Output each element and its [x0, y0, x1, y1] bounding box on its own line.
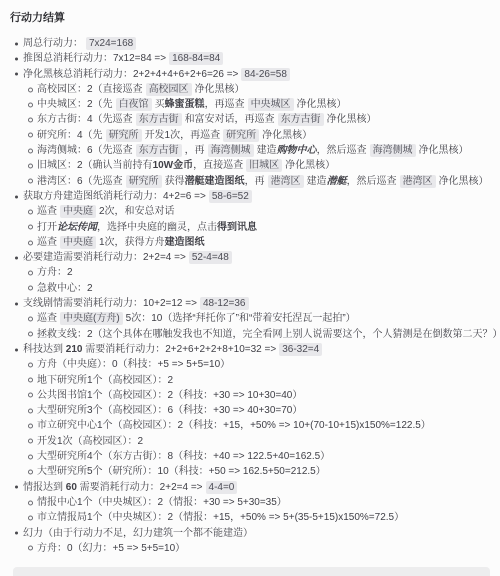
text-segment: 东方古街：4（先巡查 [37, 114, 133, 125]
list-item: 研究所：4（先研究所开发1次，再巡查研究所净化黑核） [0, 128, 500, 143]
list-item: 海湾侧城：6（先巡查东方古街，再海湾侧城建造购物中心，然后巡查海湾侧城净化黑核） [0, 143, 500, 158]
text-segment: 港湾区：6（先巡查 [37, 176, 123, 187]
text-segment: 高校园区：2（直接巡查 [37, 84, 143, 95]
bullet-circle-icon [28, 179, 33, 184]
text-segment: 潜艇建造图纸 [185, 176, 245, 187]
bullet-circle-icon [28, 148, 33, 153]
inline-code-chip: 52-4=48 [189, 251, 232, 264]
text-segment: 科技达到 [23, 344, 66, 355]
text-segment: 建造图纸 [165, 237, 205, 248]
text-segment: 支线剧情需要消耗行动力：10+2=12 => [23, 298, 197, 309]
list-item: 大型研究所4个（东方古街）：8（科技：+40 => 122.5+40=162.5… [0, 449, 500, 464]
text-segment: 方舟（中央庭）：0（科技：+5 => 5+5=10） [37, 359, 230, 370]
text-segment: 市立情报局1个（中央城区）：2（情报：+15，+50% => 5+(35-5+1… [37, 512, 404, 523]
bullet-circle-icon [28, 424, 33, 429]
bullet-circle-icon [28, 209, 33, 214]
text-segment: 大型研究所3个（高校园区）：6（科技：+30 => 40+30=70） [37, 405, 302, 416]
text-segment: 需要消耗行动力：2+2=4 => [77, 482, 203, 493]
bullet-circle-icon [28, 316, 33, 321]
text-segment: 10W金币 [153, 160, 194, 171]
list-item: 巡查中央庭1次，获得方舟建造图纸 [0, 235, 500, 250]
text-segment: 海湾侧城：6（先巡查 [37, 145, 133, 156]
bullet-circle-icon [28, 546, 33, 551]
text-segment: 得到讯息 [217, 222, 257, 233]
list-item: 幻力（由于行动力不足，幻力建筑一个都不能建造） [0, 526, 500, 541]
bullet-circle-icon [28, 240, 33, 245]
list-item: 市立情报局1个（中央城区）：2（情报：+15，+50% => 5+(35-5+1… [0, 510, 500, 525]
list-item: 科技达到 210 需要消耗行动力：2+2+6+2+2+8+10=32 =>36-… [0, 342, 500, 357]
bullet-circle-icon [28, 286, 33, 291]
inline-code-chip: 中央庭 [60, 205, 96, 218]
bullet-circle-icon [28, 225, 33, 230]
list-item: 大型研究所5个（研究所）：10（科技：+50 => 162.5+50=212.5… [0, 464, 500, 479]
bullet-disc-icon [15, 532, 18, 535]
inline-code-chip: 港湾区 [268, 175, 304, 188]
bullet-circle-icon [28, 393, 33, 398]
bullet-circle-icon [28, 362, 33, 367]
bullet-circle-icon [28, 500, 33, 505]
text-segment: 幻力（由于行动力不足，幻力建筑一个都不能建造） [23, 528, 253, 539]
text-segment: 打开 [37, 222, 57, 233]
list-item: 拯救支线：2（这个具体在哪触发我也不知道，完全看网上别人说需要这个，个人猜测是在… [0, 327, 500, 342]
partial-code-block [13, 567, 490, 576]
text-segment: 建造 [257, 145, 277, 156]
text-segment: 买 [155, 99, 165, 110]
list-item: 支线剧情需要消耗行动力：10+2=12 =>48-12=36 [0, 296, 500, 311]
list-item: 地下研究所1个（高校园区）：2 [0, 373, 500, 388]
list-item: 获取方舟建造图纸消耗行动力：4+2=6 =>58-6=52 [0, 189, 500, 204]
text-segment: 购物中心 [277, 145, 317, 156]
text-segment: 需要消耗行动力：2+2+6+2+2+8+10=32 => [82, 344, 276, 355]
inline-code-chip: 研究所 [106, 129, 142, 142]
bullet-circle-icon [28, 408, 33, 413]
text-segment: 巡查 [37, 206, 57, 217]
text-segment: ，直接巡查 [193, 160, 243, 171]
bullet-circle-icon [28, 164, 33, 169]
bullet-circle-icon [28, 271, 33, 276]
bullet-circle-icon [28, 439, 33, 444]
text-segment: 净化黑核） [439, 176, 489, 187]
list-item: 市立研究中心1个（高校园区）：2（科技：+15，+50% => 10+(70-1… [0, 418, 500, 433]
text-segment: 方舟：2 [37, 267, 73, 278]
list-item: 开发1次（高校园区）：2 [0, 434, 500, 449]
text-segment: 和富安对话，再巡查 [185, 114, 275, 125]
list-item: 公共图书馆1个（高校园区）：2（科技：+30 => 10+30=40） [0, 388, 500, 403]
inline-code-chip: 7x24=168 [86, 37, 136, 50]
text-segment: 公共图书馆1个（高校园区）：2（科技：+30 => 10+30=40） [37, 390, 302, 401]
text-segment: 情报中心1个（中央城区）：2（情报：+30 => 5+30=35） [37, 497, 287, 508]
inline-code-chip: 东方古街 [278, 113, 324, 126]
bullet-circle-icon [28, 87, 33, 92]
list-item: 方舟：0（幻力：+5 => 5+5=10） [0, 541, 500, 556]
text-segment: ，再巡查 [205, 99, 245, 110]
list-item: 大型研究所3个（高校园区）：6（科技：+30 => 40+30=70） [0, 403, 500, 418]
inline-code-chip: 58-6=52 [209, 190, 252, 203]
text-segment: 开发1次（高校园区）：2 [37, 436, 143, 447]
text-segment: 旧城区：2（确认当前持有 [37, 160, 153, 171]
bullet-disc-icon [15, 256, 18, 259]
text-segment: 60 [66, 482, 77, 493]
text-segment: 方舟：0（幻力：+5 => 5+5=10） [37, 543, 185, 554]
list-item: 必要建造需要消耗行动力：2+2=4 =>52-4=48 [0, 250, 500, 265]
text-segment: 市立研究中心1个（高校园区）：2（科技：+15，+50% => 10+(70-1… [37, 420, 431, 431]
bullet-disc-icon [15, 57, 18, 60]
list-item: 推图总消耗行动力：7x12=84 =>168-84=84 [0, 51, 500, 66]
text-segment: ，再 [185, 145, 205, 156]
text-segment: 净化黑核） [195, 84, 245, 95]
text-segment: 大型研究所5个（研究所）：10（科技：+50 => 162.5+50=212.5… [37, 466, 326, 477]
text-segment: 拯救支线：2（这个具体在哪触发我也不知道，完全看网上别人说需要这个，个人猜测是在… [37, 329, 500, 340]
list-item: 净化黑核总消耗行动力：2+2+4+4+6+2+6=26 =>84-26=58 [0, 67, 500, 82]
list-item: 情报达到 60 需要消耗行动力：2+2=4 =>4-4=0 [0, 480, 500, 495]
list-item: 旧城区：2（确认当前持有10W金币，直接巡查旧城区净化黑核） [0, 158, 500, 173]
text-segment: 中央城区：2（先 [37, 99, 113, 110]
bullet-circle-icon [28, 378, 33, 383]
text-segment: ，然后巡查 [347, 176, 397, 187]
text-segment: 论坛传闻 [57, 222, 97, 233]
text-segment: 情报达到 [23, 482, 66, 493]
text-segment: 5次：10（选择“拜托你了”和“带着安托涅瓦一起拍”） [126, 313, 356, 324]
inline-code-chip: 东方古街 [136, 144, 182, 157]
bullet-disc-icon [15, 73, 18, 76]
list-item: 高校园区：2（直接巡查高校园区净化黑核） [0, 82, 500, 97]
text-segment: 获得 [165, 176, 185, 187]
bullet-disc-icon [15, 42, 18, 45]
inline-code-chip: 36-32=4 [279, 343, 322, 356]
bullet-circle-icon [28, 469, 33, 474]
bullet-circle-icon [28, 118, 33, 123]
list-item: 打开论坛传闻，选择中央庭的幽灵，点击得到讯息 [0, 220, 500, 235]
text-segment: 必要建造需要消耗行动力：2+2=4 => [23, 252, 186, 263]
text-segment: 巡查 [37, 313, 57, 324]
text-segment: 获取方舟建造图纸消耗行动力：4+2=6 => [23, 191, 206, 202]
text-segment: 巡查 [37, 237, 57, 248]
text-segment: 急救中心：2 [37, 283, 93, 294]
bullet-disc-icon [15, 195, 18, 198]
list-item: 周总行动力：7x24=168 [0, 36, 500, 51]
notes-page: 行动力结算 周总行动力：7x24=168推图总消耗行动力：7x12=84 =>1… [0, 0, 500, 576]
text-segment: 净化黑核） [327, 114, 377, 125]
bullet-circle-icon [28, 332, 33, 337]
inline-code-chip: 84-26=58 [241, 68, 290, 81]
inline-code-chip: 海湾侧城 [370, 144, 416, 157]
text-segment: 1次，获得方舟 [99, 237, 165, 248]
inline-code-chip: 研究所 [223, 129, 259, 142]
bullet-circle-icon [28, 102, 33, 107]
inline-code-chip: 168-84=84 [169, 52, 223, 65]
list-item: 急救中心：2 [0, 281, 500, 296]
text-segment: 净化黑核） [285, 160, 335, 171]
text-segment: 2次，和安总对话 [99, 206, 175, 217]
bullet-disc-icon [15, 486, 18, 489]
list-item: 巡查中央庭2次，和安总对话 [0, 204, 500, 219]
text-segment: 净化黑核总消耗行动力：2+2+4+4+6+2+6=26 => [23, 69, 238, 80]
inline-code-chip: 中央庭 [60, 236, 96, 249]
bullet-circle-icon [28, 515, 33, 520]
bullet-disc-icon [15, 302, 18, 305]
inline-code-chip: 海湾侧城 [208, 144, 254, 157]
list-item: 方舟：2 [0, 265, 500, 280]
text-segment: 建造 [307, 176, 327, 187]
text-segment: ，选择中央庭的幽灵，点击 [97, 222, 217, 233]
inline-code-chip: 研究所 [126, 175, 162, 188]
bullet-disc-icon [15, 348, 18, 351]
text-segment: 净化黑核） [262, 130, 312, 141]
inline-code-chip: 旧城区 [246, 159, 282, 172]
text-segment: 开发1次，再巡查 [145, 130, 221, 141]
text-segment: ，再 [245, 176, 265, 187]
text-segment: ，然后巡查 [317, 145, 367, 156]
inline-code-chip: 中央城区 [248, 98, 294, 111]
text-segment: 周总行动力： [23, 38, 83, 49]
bullet-circle-icon [28, 454, 33, 459]
text-segment: 推图总消耗行动力：7x12=84 => [23, 53, 166, 64]
list-item: 情报中心1个（中央城区）：2（情报：+30 => 5+30=35） [0, 495, 500, 510]
inline-code-chip: 48-12=36 [200, 297, 249, 310]
text-segment: 净化黑核） [419, 145, 469, 156]
inline-code-chip: 4-4=0 [206, 481, 238, 494]
inline-code-chip: 白夜馆 [116, 98, 152, 111]
list-item: 东方古街：4（先巡查东方古街和富安对话，再巡查东方古街净化黑核） [0, 112, 500, 127]
text-segment: 210 [66, 344, 83, 355]
inline-code-chip: 高校园区 [146, 83, 192, 96]
list-item: 方舟（中央庭）：0（科技：+5 => 5+5=10） [0, 357, 500, 372]
list-item: 港湾区：6（先巡查研究所获得潜艇建造图纸，再港湾区建造潜艇，然后巡查港湾区净化黑… [0, 174, 500, 189]
page-title: 行动力结算 [0, 0, 500, 26]
inline-code-chip: 中央庭(方舟) [60, 312, 123, 325]
text-segment: 地下研究所1个（高校园区）：2 [37, 375, 173, 386]
text-segment: 蜂蜜蛋糕 [165, 99, 205, 110]
text-segment: 潜艇 [327, 176, 347, 187]
inline-code-chip: 东方古街 [136, 113, 182, 126]
bullet-circle-icon [28, 133, 33, 138]
list-item: 巡查中央庭(方舟)5次：10（选择“拜托你了”和“带着安托涅瓦一起拍”） [0, 311, 500, 326]
text-segment: 净化黑核） [297, 99, 347, 110]
text-segment: 研究所：4（先 [37, 130, 103, 141]
inline-code-chip: 港湾区 [400, 175, 436, 188]
text-segment: 大型研究所4个（东方古街）：8（科技：+40 => 122.5+40=162.5… [37, 451, 330, 462]
action-list: 周总行动力：7x24=168推图总消耗行动力：7x12=84 =>168-84=… [0, 36, 500, 556]
list-item: 中央城区：2（先白夜馆买蜂蜜蛋糕，再巡查中央城区净化黑核） [0, 97, 500, 112]
